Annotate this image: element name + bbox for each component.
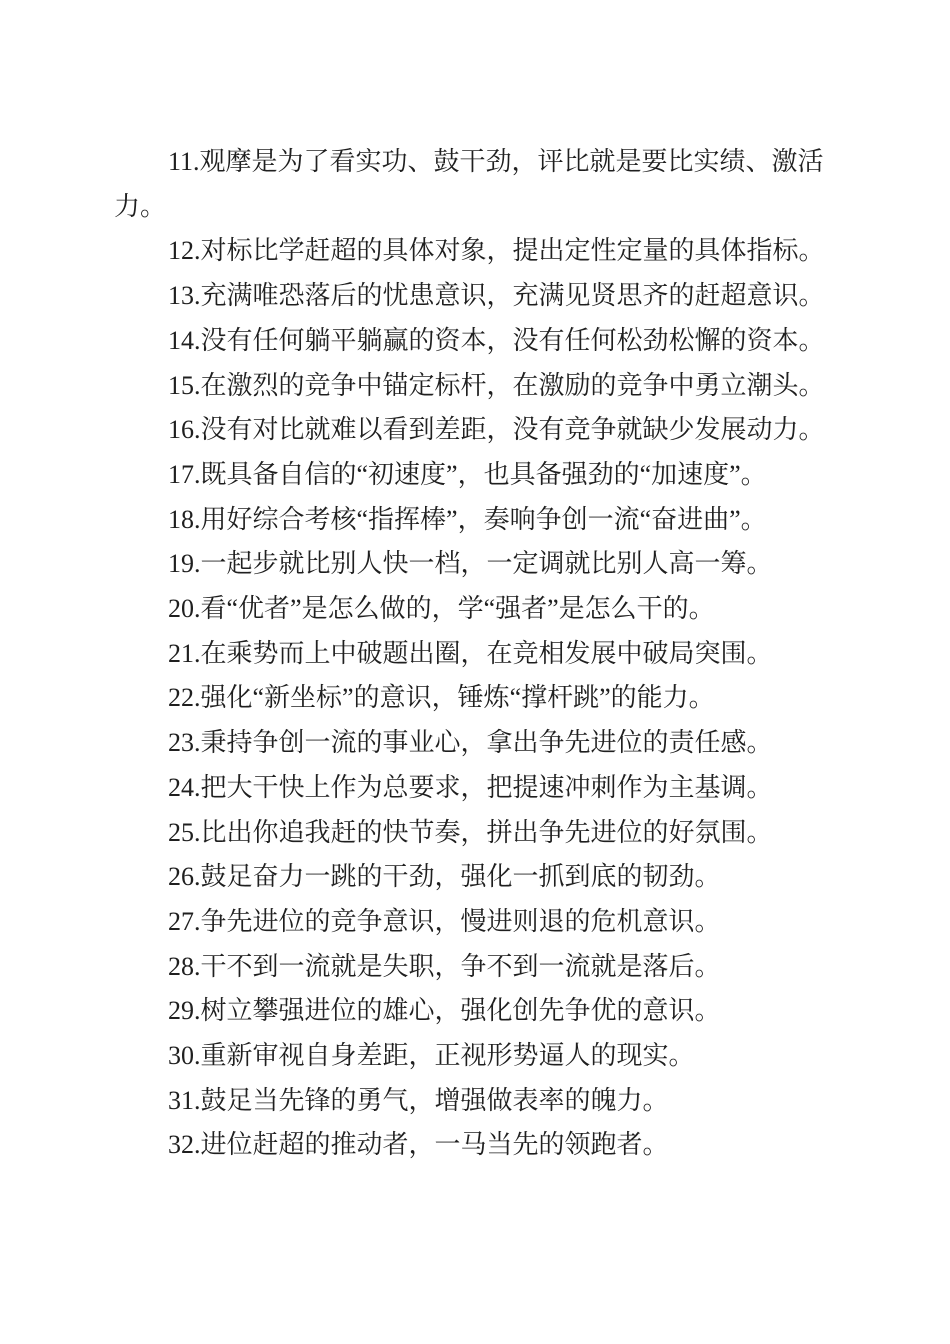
item-number: 27. bbox=[168, 907, 201, 936]
item-number: 26. bbox=[168, 862, 201, 891]
item-text: 既具备自信的“初速度”，也具备强劲的“加速度”。 bbox=[201, 460, 767, 489]
item-number: 30. bbox=[168, 1041, 201, 1070]
item-number: 14. bbox=[168, 326, 201, 355]
item-number: 24. bbox=[168, 773, 201, 802]
item-text: 树立攀强进位的雄心，强化创先争优的意识。 bbox=[201, 996, 721, 1025]
list-item: 19.一起步就比别人快一档，一定调就比别人高一筹。 bbox=[114, 542, 830, 587]
item-number: 32. bbox=[168, 1130, 201, 1159]
list-item: 27.争先进位的竞争意识，慢进则退的危机意识。 bbox=[114, 900, 830, 945]
item-text: 重新审视自身差距，正视形势逼人的现实。 bbox=[201, 1041, 695, 1070]
item-number: 19. bbox=[168, 549, 201, 578]
item-text: 比出你追我赶的快节奏，拼出争先进位的好氛围。 bbox=[201, 818, 773, 847]
item-number: 11. bbox=[168, 147, 200, 176]
item-text: 用好综合考核“指挥棒”，奏响争创一流“奋进曲”。 bbox=[201, 505, 767, 534]
item-number: 20. bbox=[168, 594, 201, 623]
list-item: 28.干不到一流就是失职，争不到一流就是落后。 bbox=[114, 945, 830, 990]
list-item: 29.树立攀强进位的雄心，强化创先争优的意识。 bbox=[114, 989, 830, 1034]
list-item: 31.鼓足当先锋的勇气，增强做表率的魄力。 bbox=[114, 1079, 830, 1124]
list-item: 20.看“优者”是怎么做的，学“强者”是怎么干的。 bbox=[114, 587, 830, 632]
list-item: 16.没有对比就难以看到差距，没有竞争就缺少发展动力。 bbox=[114, 408, 830, 453]
item-number: 13. bbox=[168, 281, 201, 310]
document-page: 11.观摩是为了看实功、鼓干劲，评比就是要比实绩、激活力。 12.对标比学赶超的… bbox=[0, 0, 950, 1344]
item-text: 在乘势而上中破题出圈，在竞相发展中破局突围。 bbox=[201, 639, 773, 668]
item-text: 干不到一流就是失职，争不到一流就是落后。 bbox=[201, 952, 721, 981]
item-text: 在激烈的竞争中锚定标杆，在激励的竞争中勇立潮头。 bbox=[201, 371, 825, 400]
list-item: 24.把大干快上作为总要求，把提速冲刺作为主基调。 bbox=[114, 766, 830, 811]
list-item: 17.既具备自信的“初速度”，也具备强劲的“加速度”。 bbox=[114, 453, 830, 498]
list-item: 14.没有任何躺平躺赢的资本，没有任何松劲松懈的资本。 bbox=[114, 319, 830, 364]
numbered-list: 11.观摩是为了看实功、鼓干劲，评比就是要比实绩、激活力。 12.对标比学赶超的… bbox=[114, 140, 830, 1168]
list-item: 13.充满唯恐落后的忧患意识，充满见贤思齐的赶超意识。 bbox=[114, 274, 830, 319]
item-number: 15. bbox=[168, 371, 201, 400]
item-text: 进位赶超的推动者，一马当先的领跑者。 bbox=[201, 1130, 669, 1159]
item-number: 23. bbox=[168, 728, 201, 757]
item-text: 看“优者”是怎么做的，学“强者”是怎么干的。 bbox=[201, 594, 715, 623]
list-item: 15.在激烈的竞争中锚定标杆，在激励的竞争中勇立潮头。 bbox=[114, 364, 830, 409]
list-item: 30.重新审视自身差距，正视形势逼人的现实。 bbox=[114, 1034, 830, 1079]
item-text: 强化“新坐标”的意识，锤炼“撑杆跳”的能力。 bbox=[201, 683, 715, 712]
item-text: 鼓足当先锋的勇气，增强做表率的魄力。 bbox=[201, 1086, 669, 1115]
item-number: 16. bbox=[168, 415, 201, 444]
item-text: 观摩是为了看实功、鼓干劲，评比就是要比实绩、激活力。 bbox=[114, 147, 824, 221]
item-text: 充满唯恐落后的忧患意识，充满见贤思齐的赶超意识。 bbox=[201, 281, 825, 310]
list-item: 25.比出你追我赶的快节奏，拼出争先进位的好氛围。 bbox=[114, 811, 830, 856]
item-number: 12. bbox=[168, 236, 201, 265]
item-number: 21. bbox=[168, 639, 201, 668]
item-text: 把大干快上作为总要求，把提速冲刺作为主基调。 bbox=[201, 773, 773, 802]
item-text: 没有任何躺平躺赢的资本，没有任何松劲松懈的资本。 bbox=[201, 326, 825, 355]
item-number: 28. bbox=[168, 952, 201, 981]
list-item: 22.强化“新坐标”的意识，锤炼“撑杆跳”的能力。 bbox=[114, 676, 830, 721]
list-item: 11.观摩是为了看实功、鼓干劲，评比就是要比实绩、激活力。 bbox=[114, 140, 830, 229]
item-number: 31. bbox=[168, 1086, 201, 1115]
list-item: 21.在乘势而上中破题出圈，在竞相发展中破局突围。 bbox=[114, 632, 830, 677]
item-text: 秉持争创一流的事业心，拿出争先进位的责任感。 bbox=[201, 728, 773, 757]
item-text: 对标比学赶超的具体对象，提出定性定量的具体指标。 bbox=[201, 236, 825, 265]
list-item: 26.鼓足奋力一跳的干劲，强化一抓到底的韧劲。 bbox=[114, 855, 830, 900]
item-number: 25. bbox=[168, 818, 201, 847]
item-number: 22. bbox=[168, 683, 201, 712]
item-text: 没有对比就难以看到差距，没有竞争就缺少发展动力。 bbox=[201, 415, 825, 444]
item-number: 29. bbox=[168, 996, 201, 1025]
list-item: 12.对标比学赶超的具体对象，提出定性定量的具体指标。 bbox=[114, 229, 830, 274]
item-text: 争先进位的竞争意识，慢进则退的危机意识。 bbox=[201, 907, 721, 936]
item-text: 一起步就比别人快一档，一定调就比别人高一筹。 bbox=[201, 549, 773, 578]
list-item: 23.秉持争创一流的事业心，拿出争先进位的责任感。 bbox=[114, 721, 830, 766]
list-item: 18.用好综合考核“指挥棒”，奏响争创一流“奋进曲”。 bbox=[114, 498, 830, 543]
item-number: 18. bbox=[168, 505, 201, 534]
list-item: 32.进位赶超的推动者，一马当先的领跑者。 bbox=[114, 1123, 830, 1168]
item-text: 鼓足奋力一跳的干劲，强化一抓到底的韧劲。 bbox=[201, 862, 721, 891]
item-number: 17. bbox=[168, 460, 201, 489]
